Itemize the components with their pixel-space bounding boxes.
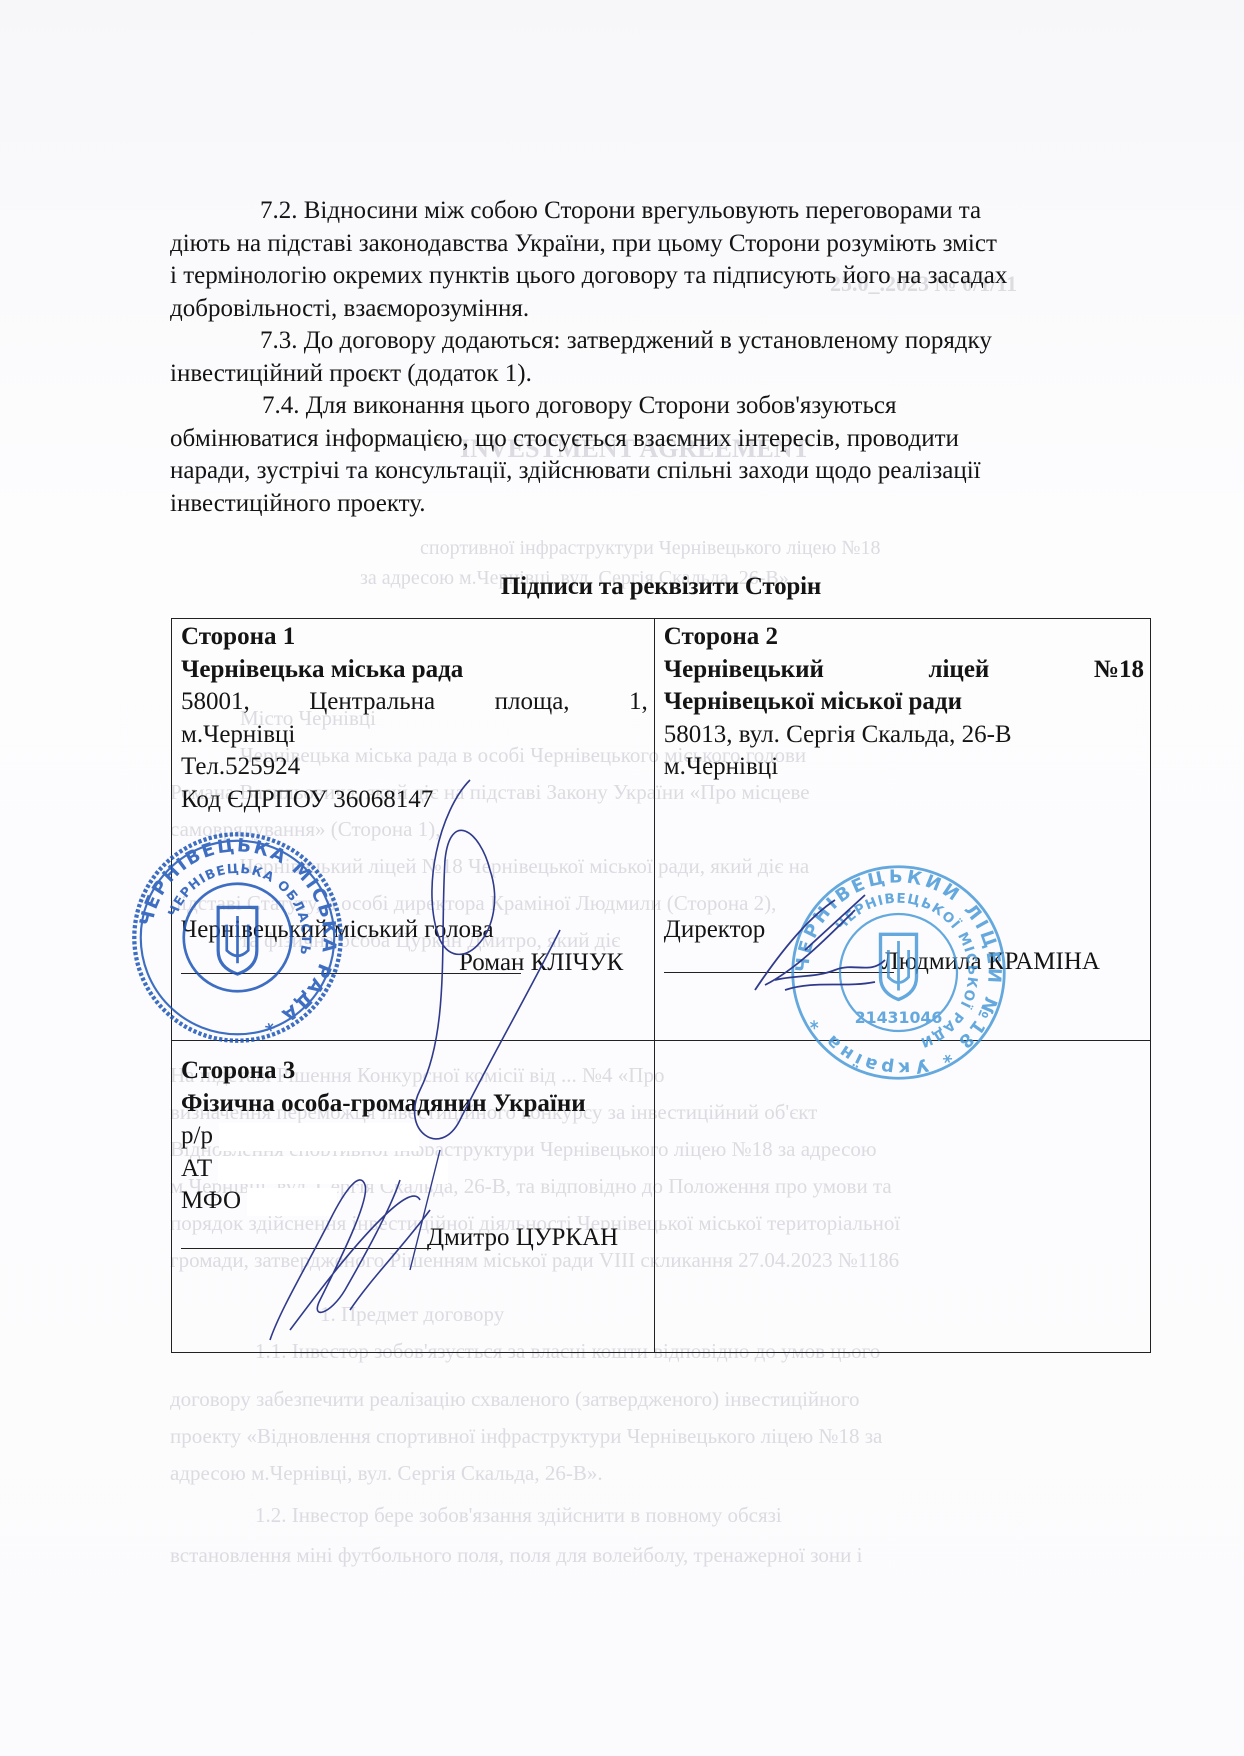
name-part: Чернівецький xyxy=(664,654,824,687)
table-row: Сторона 1 Чернівецька міська рада 58001,… xyxy=(172,619,1151,1041)
contract-body: 7.2. Відносини між собою Сторони врегуль… xyxy=(170,195,1152,520)
paragraph-line: інвестиційний проєкт (додаток 1). xyxy=(170,358,1152,391)
party3-signature-row: Дмитро ЦУРКАН xyxy=(181,1222,648,1256)
party1-label: Сторона 1 xyxy=(181,621,648,654)
party1-signature-row: Роман КЛІЧУК xyxy=(181,947,648,981)
party1-edrpou: Код ЄДРПОУ 36068147 xyxy=(181,784,648,817)
party2-name-line2: Чернівецької міської ради xyxy=(664,686,1144,719)
party3-signatory: Дмитро ЦУРКАН xyxy=(427,1222,618,1255)
redacted-field xyxy=(247,1188,337,1216)
party3-cell: Сторона 3 Фізична особа-громадянин Украї… xyxy=(172,1041,655,1353)
bleed-through-text: 1.2. Інвестор бере зобов'язання здійснит… xyxy=(255,1497,782,1534)
empty-cell xyxy=(654,1041,1150,1353)
party2-position: Директор xyxy=(664,914,1144,947)
paragraph-line: і термінологію окремих пунктів цього дог… xyxy=(170,260,1152,293)
party2-name-line1: Чернівецький ліцей №18 xyxy=(664,654,1144,687)
parties-requisites-table: Сторона 1 Чернівецька міська рада 58001,… xyxy=(171,618,1151,1353)
party1-address-line1: 58001, Центральна площа, 1, xyxy=(181,686,648,719)
party2-signature-row: Людмила КРАМІНА xyxy=(664,946,1144,980)
address-part: 1, xyxy=(629,686,648,719)
paragraph-7-4: 7.4. Для виконання цього договору Сторон… xyxy=(170,390,1152,520)
party1-position: Чернівецький міський голова xyxy=(181,914,648,947)
paragraph-line: 7.4. Для виконання цього договору Сторон… xyxy=(170,390,1152,423)
party1-phone: Тел.525924 xyxy=(181,751,648,784)
section-heading: Підписи та реквізити Сторін xyxy=(170,573,1152,601)
bleed-through-text: договору забезпечити реалізацію схвалено… xyxy=(170,1381,859,1418)
paragraph-line: добровільності, взаєморозуміння. xyxy=(170,293,1152,326)
table-row: Сторона 3 Фізична особа-громадянин Украї… xyxy=(172,1041,1151,1353)
address-part: Центральна xyxy=(309,686,435,719)
party1-name: Чернівецька міська рада xyxy=(181,654,648,687)
document-page: 25.0_.2023 № 0/1/11 INVESTMENT AGREEMENT… xyxy=(0,0,1244,1756)
party1-cell: Сторона 1 Чернівецька міська рада 58001,… xyxy=(172,619,655,1041)
redacted-field xyxy=(218,1156,448,1184)
paragraph-line: 7.2. Відносини між собою Сторони врегуль… xyxy=(170,195,1152,228)
paragraph-line: наради, зустрічі та консультації, здійсн… xyxy=(170,455,1152,488)
party2-signatory: Людмила КРАМІНА xyxy=(882,946,1100,979)
party2-label: Сторона 2 xyxy=(664,621,1144,654)
address-part: площа, xyxy=(495,686,570,719)
name-part: ліцей xyxy=(928,654,989,687)
redacted-field xyxy=(219,1123,419,1151)
paragraph-line: 7.3. До договору додаються: затверджений… xyxy=(170,325,1152,358)
party3-account: р/р xyxy=(181,1120,648,1153)
bleed-through-text: встановлення міні футбольного поля, поля… xyxy=(170,1537,862,1574)
paragraph-line: діють на підставі законодавства України,… xyxy=(170,228,1152,261)
signature-line xyxy=(181,1224,431,1249)
paragraph-7-2: 7.2. Відносини між собою Сторони врегуль… xyxy=(170,195,1152,325)
paragraph-line: обмінюватися інформацією, що стосується … xyxy=(170,423,1152,456)
party3-label: Сторона 3 xyxy=(181,1055,648,1088)
party3-mfo: МФО xyxy=(181,1185,648,1218)
paragraph-7-3: 7.3. До договору додаються: затверджений… xyxy=(170,325,1152,390)
party1-address-line2: м.Чернівці xyxy=(181,719,648,752)
signature-line xyxy=(664,948,894,973)
party3-name: Фізична особа-громадянин України xyxy=(181,1088,648,1121)
bleed-through-text: адресою м.Чернівці, вул. Сергія Скальда,… xyxy=(170,1455,603,1492)
party2-address-line2: м.Чернівці xyxy=(664,751,1144,784)
bleed-through-text: проекту «Відновлення спортивної інфрастр… xyxy=(170,1418,882,1455)
party2-cell: Сторона 2 Чернівецький ліцей №18 Черніве… xyxy=(654,619,1150,1041)
address-part: 58001, xyxy=(181,686,250,719)
party1-signatory: Роман КЛІЧУК xyxy=(459,947,623,980)
name-part: №18 xyxy=(1094,654,1144,687)
party2-address-line1: 58013, вул. Сергія Скальда, 26-В xyxy=(664,719,1144,752)
paragraph-line: інвестиційного проекту. xyxy=(170,488,1152,521)
party3-bank: АТ xyxy=(181,1153,648,1186)
